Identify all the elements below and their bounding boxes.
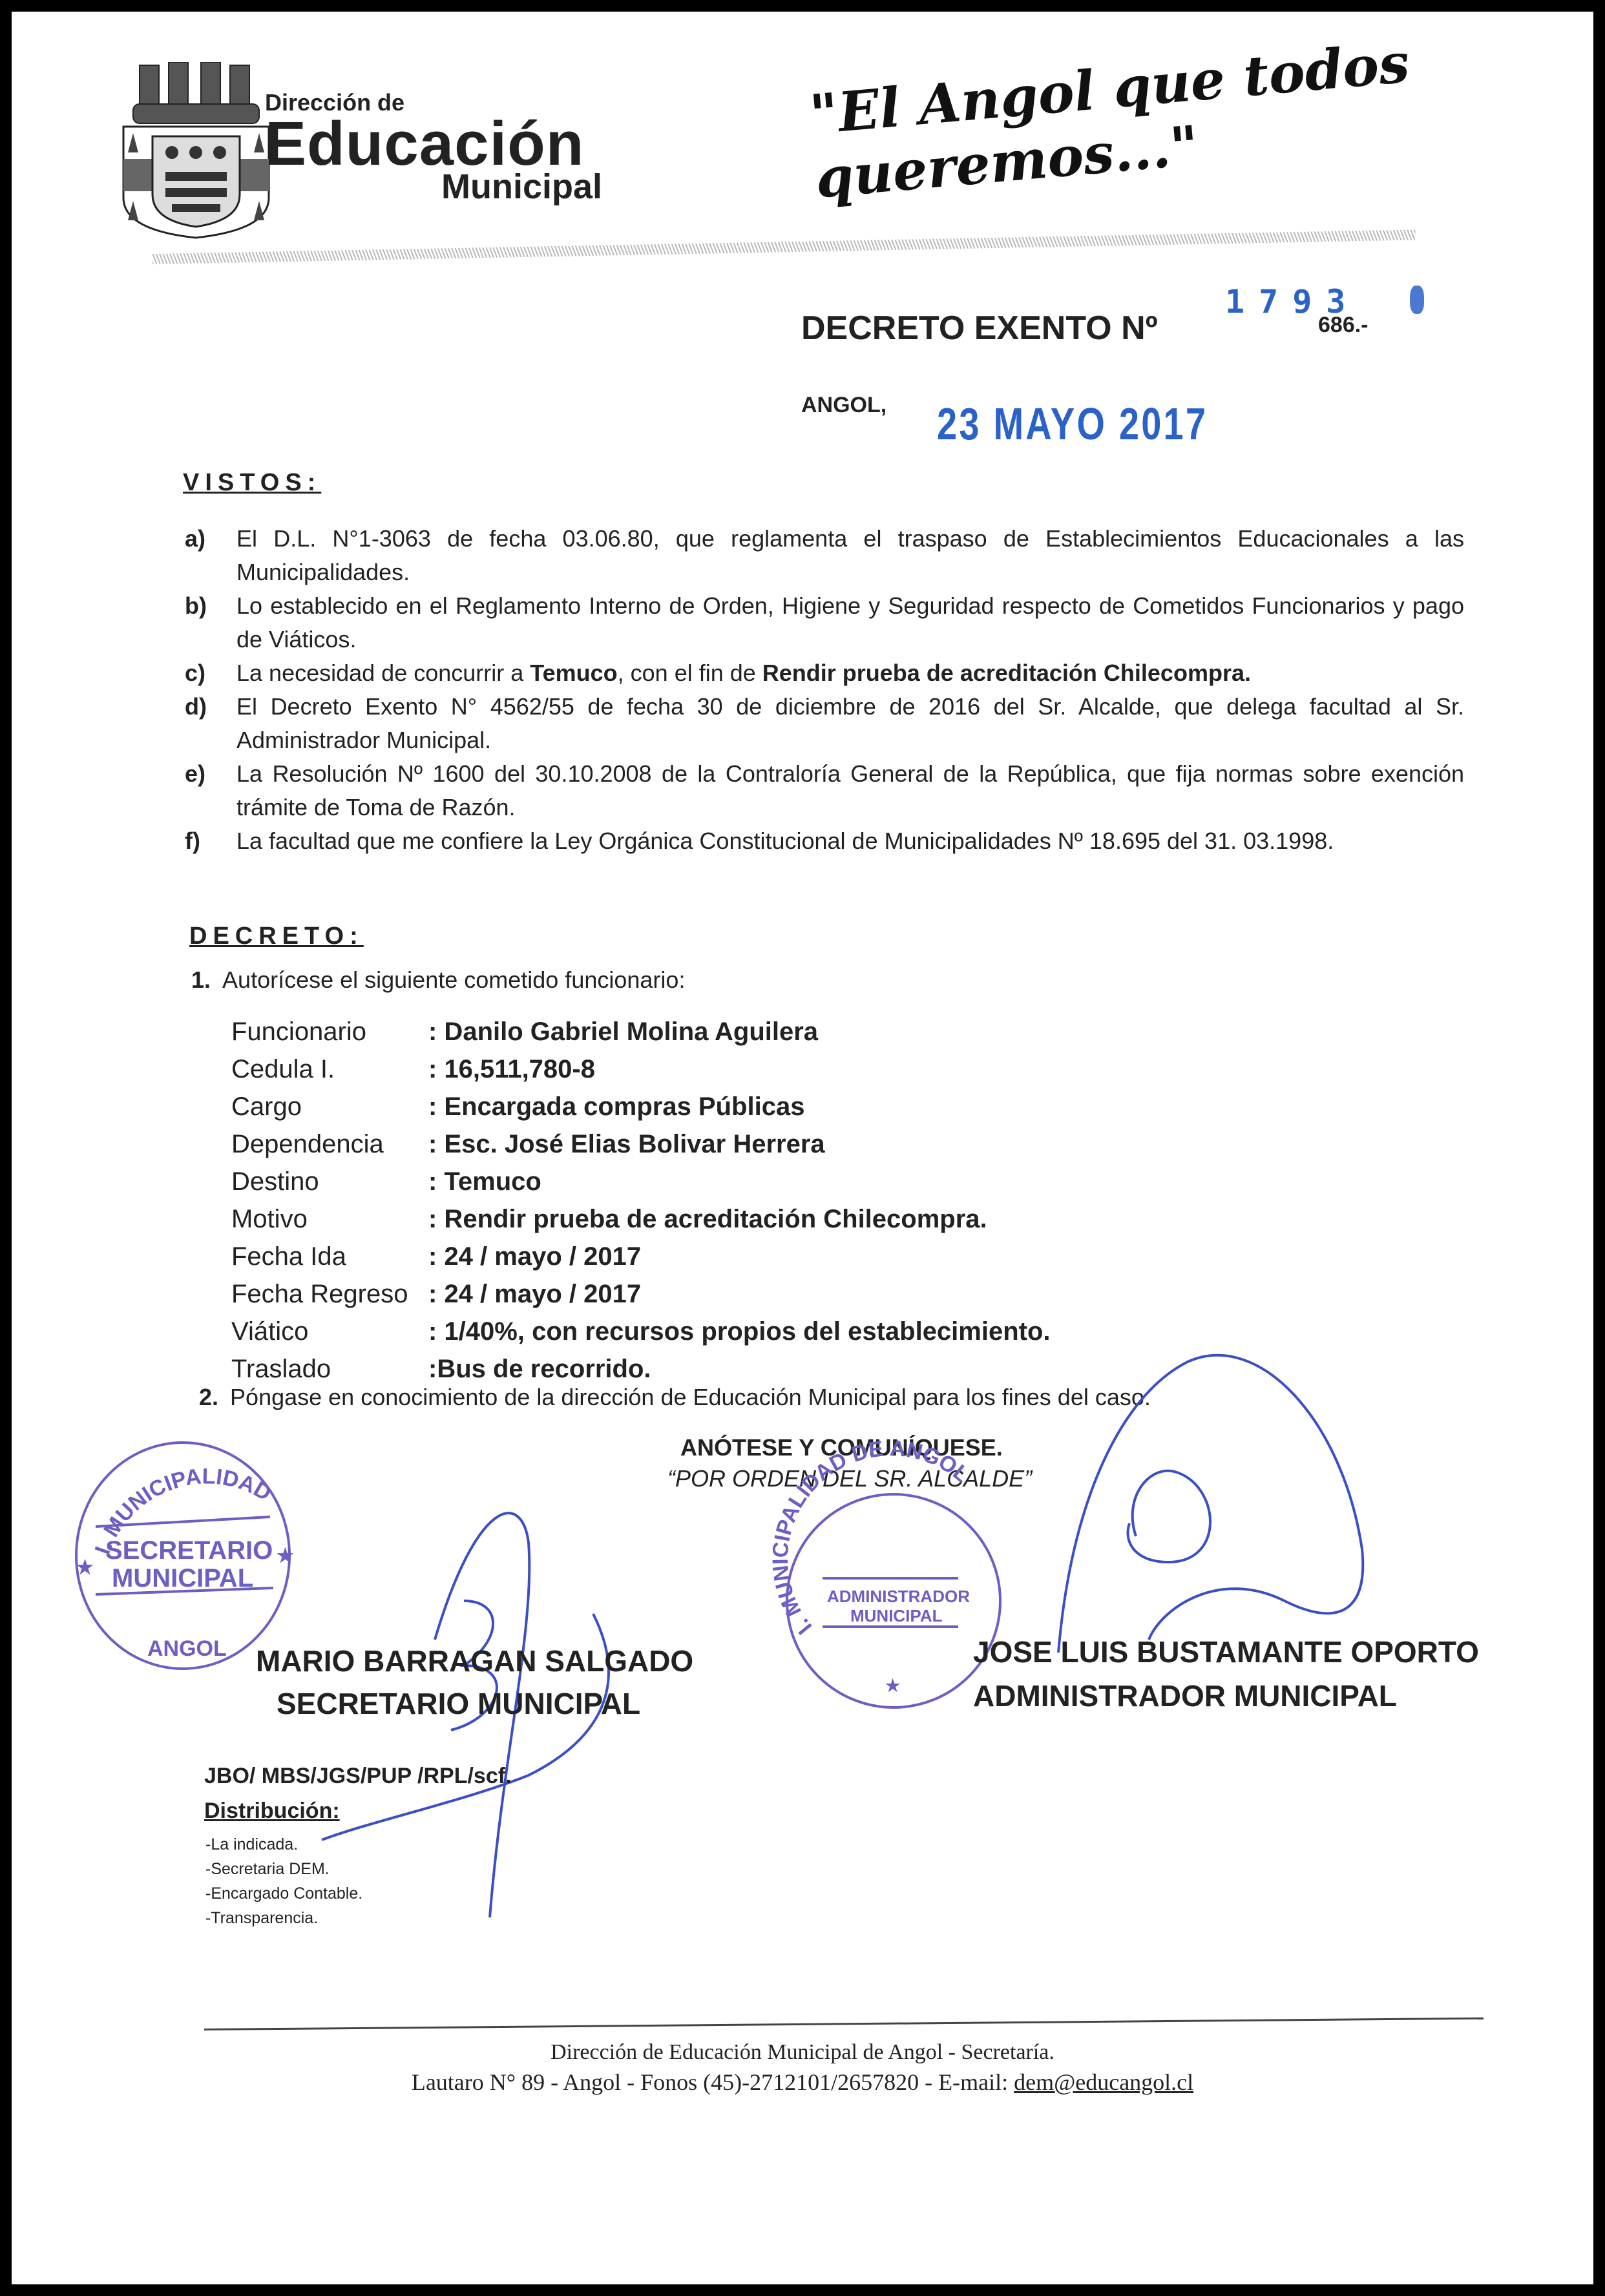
footer-line-1: Dirección de Educación Municipal de Ango… <box>12 2040 1593 2065</box>
vistos-item: a)El D.L. N°1-3063 de fecha 03.06.80, qu… <box>185 522 1464 589</box>
field-row: Motivo: Rendir prueba de acreditación Ch… <box>231 1200 1051 1238</box>
distribution-item: -Secretaria DEM. <box>205 1857 362 1881</box>
city-label: ANGOL, <box>801 393 886 418</box>
point-text: Póngase en conocimiento de la dirección … <box>230 1384 1151 1410</box>
decreto-point-1: 1.Autorícese el siguiente cometido funci… <box>191 966 685 994</box>
purpose: Rendir prueba de acreditación Chilecompr… <box>762 660 1251 686</box>
email-link[interactable]: dem@educangol.cl <box>1014 2069 1193 2095</box>
field-row: Funcionario: Danilo Gabriel Molina Aguil… <box>231 1013 1051 1050</box>
distribution-item: -Encargado Contable. <box>205 1881 362 1906</box>
anotese-line: ANÓTESE Y COMUNÍQUESE. <box>680 1434 1003 1461</box>
slogan: "El Angol que todos queremos..." <box>807 15 1596 211</box>
item-text: El Decreto Exento N° 4562/55 de fecha 30… <box>236 690 1464 757</box>
field-row: Destino: Temuco <box>231 1163 1051 1200</box>
distribution-heading: Distribución: <box>204 1799 340 1824</box>
decree-title: DECRETO EXENTO Nº <box>801 309 1158 348</box>
field-key: Funcionario <box>231 1018 428 1047</box>
distribution-item: -Transparencia. <box>205 1906 362 1930</box>
footer-line-2: Lautaro N° 89 - Angol - Fonos (45)-27121… <box>12 2069 1593 2096</box>
reference-initials: JBO/ MBS/JGS/PUP /RPL/scf. <box>204 1764 512 1789</box>
field-value: : 24 / mayo / 2017 <box>428 1280 641 1309</box>
coat-of-arms-icon <box>120 62 272 240</box>
item-text: El D.L. N°1-3063 de fecha 03.06.80, que … <box>236 522 1464 589</box>
ink-blot <box>1410 286 1424 314</box>
footer-divider <box>204 2018 1484 2030</box>
item-label: c) <box>185 656 236 690</box>
distribution-list: -La indicada. -Secretaria DEM. -Encargad… <box>205 1832 362 1930</box>
field-key: Fecha Regreso <box>231 1280 428 1309</box>
stamp-bottom-text: ANGOL <box>147 1636 227 1661</box>
field-key: Viático <box>231 1317 428 1346</box>
header-divider <box>152 229 1416 264</box>
svg-text:★: ★ <box>277 1545 294 1567</box>
field-row: Cargo: Encargada compras Públicas <box>231 1088 1051 1125</box>
vistos-heading: VISTOS: <box>183 469 321 497</box>
item-label: a) <box>185 522 236 589</box>
field-value: : 24 / mayo / 2017 <box>428 1242 641 1271</box>
stamp-line-2: MUNICIPAL <box>112 1564 253 1592</box>
field-key: Dependencia <box>231 1130 428 1159</box>
field-row: Dependencia: Esc. José Elias Bolivar Her… <box>231 1125 1051 1163</box>
destination: Temuco <box>530 660 617 686</box>
logo-line-3: Municipal <box>441 167 602 207</box>
field-value: : 16,511,780-8 <box>428 1055 595 1084</box>
signatory-1-name: MARIO BARRAGAN SALGADO <box>256 1644 693 1678</box>
stamp-line-2: MUNICIPAL <box>850 1606 943 1625</box>
item-label: f) <box>185 824 236 858</box>
signatory-1-title: SECRETARIO MUNICIPAL <box>277 1686 640 1721</box>
field-value: : Esc. José Elias Bolivar Herrera <box>428 1130 825 1159</box>
item-text: La necesidad de concurrir a Temuco, con … <box>236 656 1464 690</box>
field-value: : Danilo Gabriel Molina Aguilera <box>428 1018 818 1047</box>
decreto-heading: DECRETO: <box>189 923 364 950</box>
field-key: Traslado <box>231 1355 428 1384</box>
field-row: Traslado:Bus de recorrido. <box>231 1350 1051 1388</box>
signatory-2-name: JOSE LUIS BUSTAMANTE OPORTO <box>973 1634 1479 1669</box>
por-orden-line: “POR ORDEN DEL SR. ALCALDE” <box>667 1465 1032 1492</box>
field-value: : Rendir prueba de acreditación Chilecom… <box>428 1205 987 1234</box>
vistos-item: e)La Resolución Nº 1600 del 30.10.2008 d… <box>185 757 1464 824</box>
secretario-stamp <box>76 1443 289 1669</box>
vistos-item: d)El Decreto Exento N° 4562/55 de fecha … <box>185 690 1464 757</box>
vistos-item: c)La necesidad de concurrir a Temuco, co… <box>185 656 1464 690</box>
stamp-line-1: SECRETARIO <box>105 1536 273 1565</box>
item-text: Lo establecido en el Reglamento Interno … <box>236 589 1464 656</box>
field-key: Destino <box>231 1167 428 1196</box>
stamp-arc-text: I. MUNICIPALIDAD <box>90 1464 276 1557</box>
vistos-item: b)Lo establecido en el Reglamento Intern… <box>185 589 1464 656</box>
field-key: Cargo <box>231 1092 428 1122</box>
item-label: b) <box>185 589 236 656</box>
signatory-2-title: ADMINISTRADOR MUNICIPAL <box>973 1678 1397 1713</box>
distribution-item: -La indicada. <box>205 1832 362 1857</box>
stamped-date: 23 MAYO 2017 <box>937 398 1208 450</box>
decreto-point-2: 2.Póngase en conocimiento de la direcció… <box>199 1384 1151 1411</box>
point-text: Autorícese el siguiente cometido funcion… <box>222 966 685 993</box>
field-value: : Encargada compras Públicas <box>428 1092 804 1122</box>
item-label: e) <box>185 757 236 824</box>
stamp-line-1: ADMINISTRADOR <box>827 1587 970 1606</box>
text-part: , con el fin de <box>618 660 762 686</box>
svg-text:★: ★ <box>76 1557 94 1578</box>
footer-address: Lautaro N° 89 - Angol - Fonos (45)-27121… <box>412 2069 1014 2095</box>
svg-text:★: ★ <box>885 1676 901 1695</box>
item-label: d) <box>185 690 236 757</box>
decree-number-suffix: 686.- <box>1318 313 1369 338</box>
field-row: Fecha Regreso: 24 / mayo / 2017 <box>231 1275 1051 1313</box>
field-value: :Bus de recorrido. <box>428 1355 651 1384</box>
item-text: La Resolución Nº 1600 del 30.10.2008 de … <box>236 757 1464 824</box>
field-row: Viático: 1/40%, con recursos propios del… <box>231 1313 1051 1350</box>
field-key: Motivo <box>231 1205 428 1234</box>
svg-text:I. MUNICIPALIDAD: I. MUNICIPALIDAD <box>90 1464 276 1557</box>
field-row: Cedula I.: 16,511,780-8 <box>231 1050 1051 1088</box>
text-part: La necesidad de concurrir a <box>236 660 530 686</box>
document-page: Dirección de Educación Municipal "El Ang… <box>12 12 1593 2284</box>
item-text: La facultad que me confiere la Ley Orgán… <box>236 824 1464 858</box>
vistos-item: f)La facultad que me confiere la Ley Org… <box>185 824 1464 858</box>
field-key: Fecha Ida <box>231 1242 428 1271</box>
field-row: Fecha Ida: 24 / mayo / 2017 <box>231 1238 1051 1275</box>
point-number: 2. <box>199 1384 218 1410</box>
field-value: : 1/40%, con recursos propios del establ… <box>428 1317 1051 1346</box>
field-key: Cedula I. <box>231 1055 428 1084</box>
point-number: 1. <box>191 966 211 993</box>
vistos-list: a)El D.L. N°1-3063 de fecha 03.06.80, qu… <box>185 522 1464 858</box>
commission-fields: Funcionario: Danilo Gabriel Molina Aguil… <box>231 1013 1051 1388</box>
field-value: : Temuco <box>428 1167 541 1196</box>
administrador-stamp <box>787 1494 1000 1707</box>
